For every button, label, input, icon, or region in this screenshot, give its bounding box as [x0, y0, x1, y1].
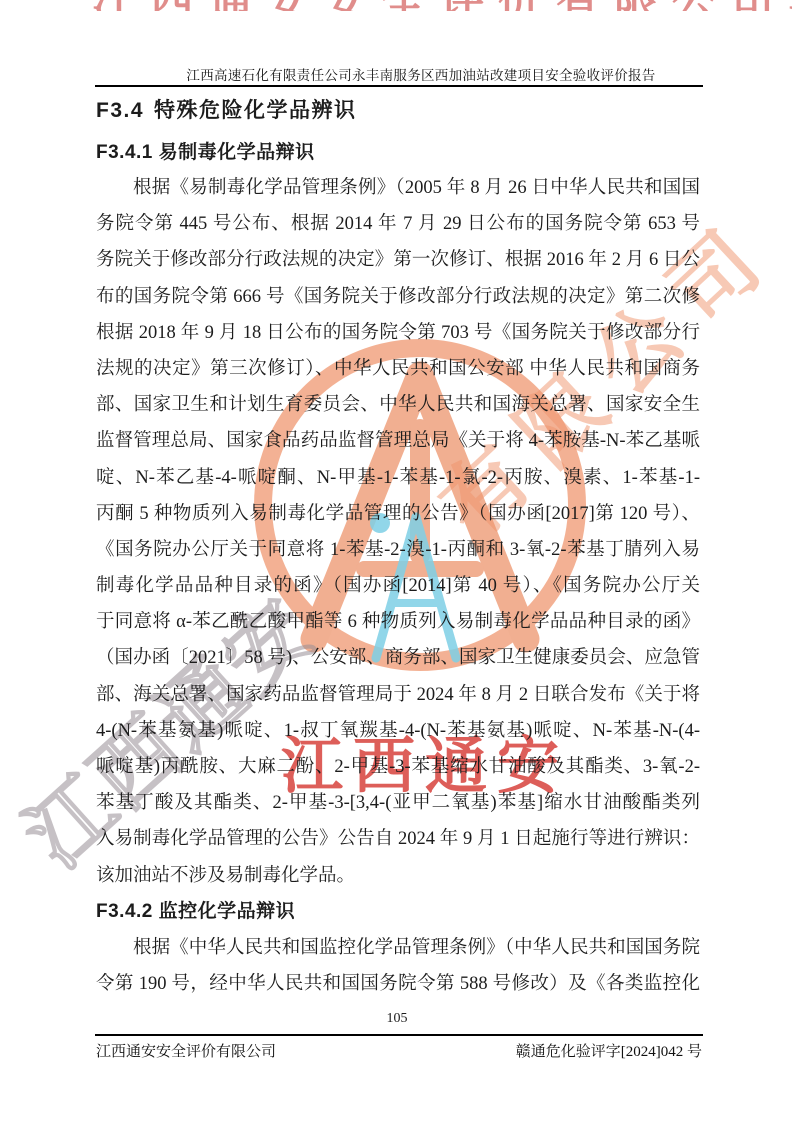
header-rule [95, 85, 703, 87]
page-header-title: 江西高速石化有限责任公司永丰南服务区西加油站改建项目安全验收评价报告 [96, 64, 700, 84]
body-line: 监督管理总局、国家食品药品监督管理总局《关于将 4-苯胺基-N-苯乙基哌 [96, 423, 700, 459]
section-heading-f3-4: F3.4特殊危险化学品辨识 [96, 94, 736, 124]
footer-doc-number: 赣通危化验评字[2024]042 号 [516, 1040, 702, 1061]
body-line: 啶、N-苯乙基-4-哌啶酮、N-甲基-1-苯基-1-氯-2-丙胺、溴素、1-苯基… [96, 460, 700, 496]
top-red-watermark-text: 江西通安安全评价有限公司江西通安安全评价有限公司 [92, 0, 792, 11]
body-line: 根据《易制毒化学品管理条例》（2005 年 8 月 26 日中华人民共和国国 [96, 170, 700, 206]
section-heading-f3-4-1: F3.4.1 易制毒化学品辩识 [96, 137, 736, 164]
body-text: 根据《易制毒化学品管理条例》（2005 年 8 月 26 日中华人民共和国国务院… [96, 170, 700, 1002]
body-line: 布的国务院令第 666 号《国务院关于修改部分行政法规的决定》第二次修订、 [96, 279, 700, 315]
footer-company: 江西通安安全评价有限公司 [96, 1040, 276, 1061]
body-line: 苯基丁酸及其酯类、2-甲基-3-[3,4-(亚甲二氧基)苯基]缩水甘油酸酯类列 [96, 785, 700, 821]
body-line: 制毒化学品品种目录的函》（国办函[2014]第 40 号）、《国务院办公厅关 [96, 568, 700, 604]
top-red-watermark-strip: 江西通安安全评价有限公司江西通安安全评价有限公司 [92, 0, 792, 11]
page-footer: 江西通安安全评价有限公司 赣通危化验评字[2024]042 号 [96, 1040, 702, 1061]
section-heading-f3-4-2: F3.4.2 监控化学品辩识 [96, 894, 700, 930]
body-line: （国办函〔2021〕58 号)、公安部、商务部、国家卫生健康委员会、应急管理 [96, 640, 700, 676]
section-title: 特殊危险化学品辨识 [154, 98, 357, 122]
body-line: 部、海关总署、国家药品监督管理局于 2024 年 8 月 2 日联合发布《关于将 [96, 677, 700, 713]
section-number: F3.4.2 [96, 901, 153, 922]
body-line: 于同意将 α-苯乙酰乙酸甲酯等 6 种物质列入易制毒化学品品种目录的函》 [96, 604, 700, 640]
body-line: 《国务院办公厅关于同意将 1-苯基-2-溴-1-丙酮和 3-氧-2-苯基丁腈列入… [96, 532, 700, 568]
body-line: 务院关于修改部分行政法规的决定》第一次修订、根据 2016 年 2 月 6 日公 [96, 242, 700, 278]
footer-rule [95, 1034, 703, 1036]
body-line: 务院令第 445 号公布、根据 2014 年 7 月 29 日公布的国务院令第 … [96, 206, 700, 242]
body-line: 根据 2018 年 9 月 18 日公布的国务院令第 703 号《国务院关于修改… [96, 315, 700, 351]
body-line: 该加油站不涉及易制毒化学品。 [96, 858, 700, 894]
body-line: 4-(N-苯基氨基)哌啶、1-叔丁氧羰基-4-(N-苯基氨基)哌啶、N-苯基-N… [96, 713, 700, 749]
page-number: 105 [0, 1011, 794, 1027]
body-line: 部、国家卫生和计划生育委员会、中华人民共和国海关总署、国家安全生产 [96, 387, 700, 423]
section-title: 监控化学品辩识 [159, 901, 296, 922]
body-line: 入易制毒化学品管理的公告》公告自 2024 年 9 月 1 日起施行等进行辨识： [96, 821, 700, 857]
paragraph-1: 根据《易制毒化学品管理条例》（2005 年 8 月 26 日中华人民共和国国务院… [96, 170, 700, 894]
body-line: 令第 190 号，经中华人民共和国国务院令第 588 号修改）及《各类监控化学 [96, 966, 700, 1002]
body-line: 哌啶基)丙酰胺、大麻二酚、2-甲基-3-苯基缩水甘油酸及其酯类、3-氧-2- [96, 749, 700, 785]
document-page: 江西通安安全评价有限公司江西通安安全评价有限公司 有限公司 江西通安 江西通安 … [0, 0, 794, 1123]
paragraph-2: 根据《中华人民共和国监控化学品管理条例》（中华人民共和国国务院令第 190 号，… [96, 930, 700, 1002]
section-title: 易制毒化学品辩识 [159, 142, 315, 163]
body-line: 法规的决定》第三次修订）、中华人民共和国公安部 中华人民共和国商务 [96, 351, 700, 387]
body-line: 丙酮 5 种物质列入易制毒化学品管理的公告》（国办函[2017]第 120 号）… [96, 496, 700, 532]
section-number: F3.4.1 [96, 142, 153, 163]
body-line: 根据《中华人民共和国监控化学品管理条例》（中华人民共和国国务院 [96, 930, 700, 966]
section-number: F3.4 [96, 99, 144, 122]
